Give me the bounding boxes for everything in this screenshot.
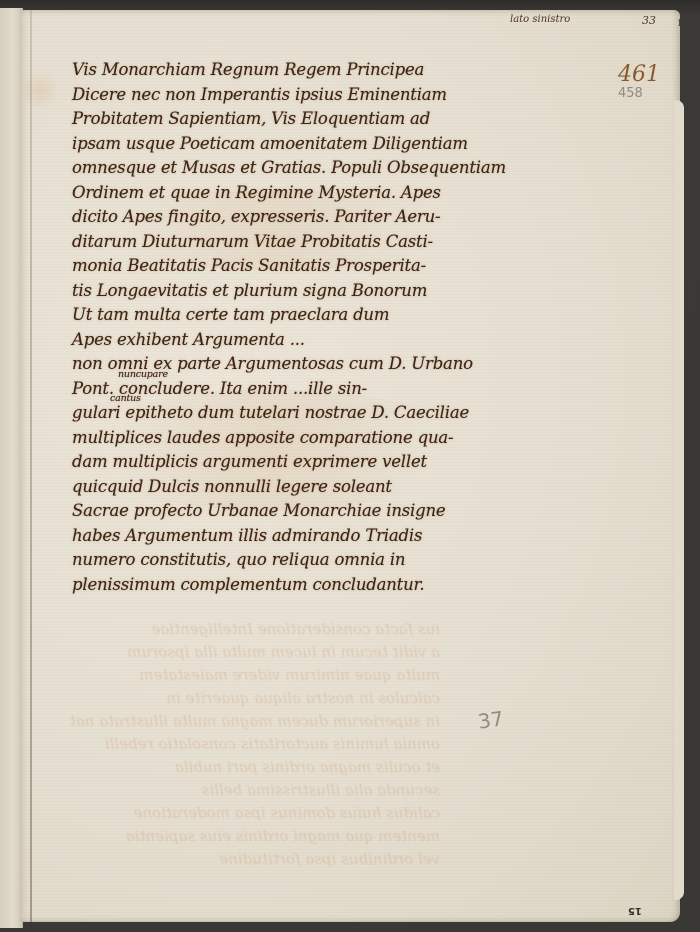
text-line: omnesque et Musas et Gratias. Populi Obs… <box>72 156 492 181</box>
pencil-annotation: 37 <box>476 706 505 733</box>
text-line: habes Argumentum illis admirando Triadis <box>72 524 492 549</box>
text-line: dicito Apes fingito, expresseris. Parite… <box>72 205 492 230</box>
text-line: tis Longaevitatis et plurium signa Bonor… <box>72 279 492 304</box>
text-line: ditarum Diuturnarum Vitae Probitatis Cas… <box>72 230 492 255</box>
text-line: Probitatem Sapientiam, Vis Eloquentiam a… <box>72 107 492 132</box>
text-line-content: gulari epitheto dum tutelari nostrae D. … <box>72 403 469 422</box>
interlinear-insertion: nuncupare <box>118 370 168 380</box>
text-line: Apes exhibent Argumenta ... <box>72 328 492 353</box>
text-line: quicquid Dulcis nonnulli legere soleant <box>72 475 492 500</box>
text-line: plenissimum complementum concludantur. <box>72 573 492 598</box>
text-line: numero constitutis, quo reliqua omnia in <box>72 548 492 573</box>
text-line: Ordinem et quae in Regimine Mysteria. Ap… <box>72 181 492 206</box>
text-line: Ut tam multa certe tam praeclara dum <box>72 303 492 328</box>
corner-mark: f <box>678 18 682 29</box>
binding-gutter <box>30 10 32 922</box>
text-line: ipsam usque Poeticam amoenitatem Diligen… <box>72 132 492 157</box>
text-line: monia Beatitatis Pacis Sanitatis Prosper… <box>72 254 492 279</box>
text-line: Vis Monarchiam Regnum Regem Principea <box>72 58 492 83</box>
interlinear-insertion: cantus <box>110 394 141 404</box>
text-line: multiplices laudes apposite comparatione… <box>72 426 492 451</box>
folio-number-ink: 461 <box>618 62 660 87</box>
text-line: Sacrae profecto Urbanae Monarchiae insig… <box>72 499 492 524</box>
old-folio-number: 33 <box>642 14 656 27</box>
text-line-with-insertion: cantus gulari epitheto dum tutelari nost… <box>72 401 492 426</box>
header-note: lato sinistro <box>510 14 570 25</box>
paper-stain <box>20 70 60 110</box>
footer-mark: 15 <box>628 905 642 916</box>
text-line: Dicere nec non Imperantis ipsius Eminent… <box>72 83 492 108</box>
manuscript-text: Vis Monarchiam Regnum Regem Principea Di… <box>72 58 492 597</box>
text-line: dam multiplicis argumenti exprimere vell… <box>72 450 492 475</box>
folio-number-pencil: 458 <box>618 86 643 101</box>
